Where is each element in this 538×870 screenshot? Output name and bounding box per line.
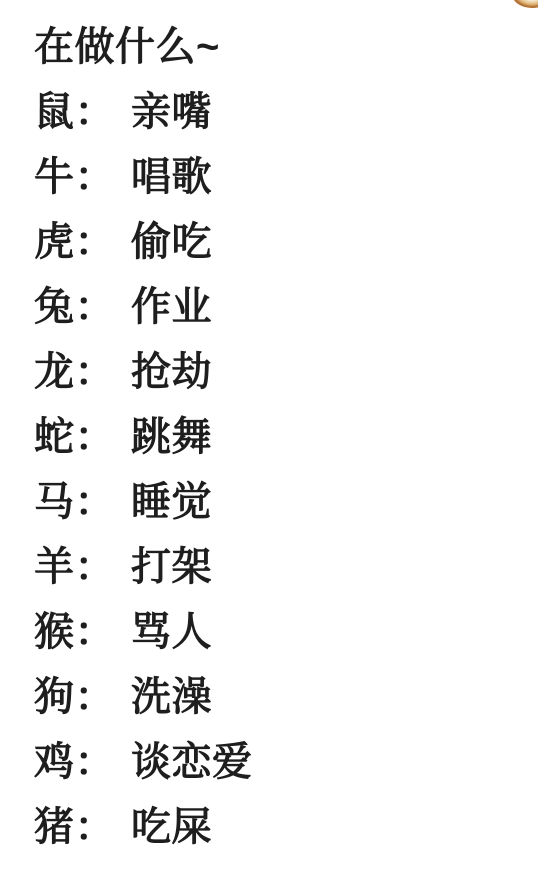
zodiac-animal-label: 鼠 (34, 80, 75, 137)
zodiac-animal-label: 羊 (34, 535, 75, 592)
zodiac-activity-label: 洗澡 (131, 665, 212, 722)
zodiac-row: 鸡 ： 谈恋爱 (34, 726, 538, 791)
zodiac-animal-label: 龙 (34, 340, 75, 397)
zodiac-activity-label: 跳舞 (131, 405, 212, 462)
colon-separator: ： (75, 210, 116, 267)
zodiac-activity-label: 吃屎 (131, 795, 212, 852)
zodiac-row: 龙 ： 抢劫 (34, 336, 538, 401)
zodiac-row: 牛 ： 唱歌 (34, 141, 538, 206)
zodiac-row: 马 ： 睡觉 (34, 466, 538, 531)
zodiac-activity-label: 抢劫 (131, 340, 212, 397)
zodiac-row: 猴 ： 骂人 (34, 596, 538, 661)
zodiac-activity-label: 打架 (131, 535, 212, 592)
zodiac-meme-page: 在做什么~ 鼠 ： 亲嘴 牛 ： 唱歌 虎 ： 偷吃 兔 ： 作 (0, 0, 538, 870)
zodiac-activity-label: 作业 (131, 275, 212, 332)
zodiac-activity-label: 偷吃 (131, 210, 212, 267)
zodiac-animal-label: 蛇 (34, 405, 75, 462)
zodiac-row: 兔 ： 作业 (34, 271, 538, 336)
colon-separator: ： (75, 600, 116, 657)
zodiac-activity-label: 谈恋爱 (131, 730, 253, 787)
colon-separator: ： (75, 730, 116, 787)
colon-separator: ： (75, 340, 116, 397)
colon-separator: ： (75, 405, 116, 462)
colon-separator: ： (75, 145, 116, 202)
zodiac-activity-label: 骂人 (131, 600, 212, 657)
cropped-orange-object-fragment (512, 0, 538, 8)
zodiac-animal-label: 鸡 (34, 730, 75, 787)
zodiac-animal-label: 牛 (34, 145, 75, 202)
zodiac-animal-label: 兔 (34, 275, 75, 332)
zodiac-activity-label: 睡觉 (131, 470, 212, 527)
zodiac-animal-label: 猪 (34, 795, 75, 852)
colon-separator: ： (75, 470, 116, 527)
colon-separator: ： (75, 80, 116, 137)
zodiac-row: 羊 ： 打架 (34, 531, 538, 596)
zodiac-row: 虎 ： 偷吃 (34, 206, 538, 271)
colon-separator: ： (75, 795, 116, 852)
colon-separator: ： (75, 275, 116, 332)
zodiac-animal-label: 马 (34, 470, 75, 527)
zodiac-row: 狗 ： 洗澡 (34, 661, 538, 726)
zodiac-row: 蛇 ： 跳舞 (34, 401, 538, 466)
colon-separator: ： (75, 535, 116, 592)
zodiac-activity-label: 亲嘴 (131, 80, 212, 137)
zodiac-activity-label: 唱歌 (131, 145, 212, 202)
zodiac-row: 鼠 ： 亲嘴 (34, 76, 538, 141)
zodiac-row: 猪 ： 吃屎 (34, 791, 538, 856)
zodiac-animal-label: 狗 (34, 665, 75, 722)
zodiac-animal-label: 虎 (34, 210, 75, 267)
zodiac-animal-label: 猴 (34, 600, 75, 657)
colon-separator: ： (75, 665, 116, 722)
zodiac-list: 在做什么~ 鼠 ： 亲嘴 牛 ： 唱歌 虎 ： 偷吃 兔 ： 作 (34, 11, 538, 856)
page-title: 在做什么~ (34, 11, 538, 76)
